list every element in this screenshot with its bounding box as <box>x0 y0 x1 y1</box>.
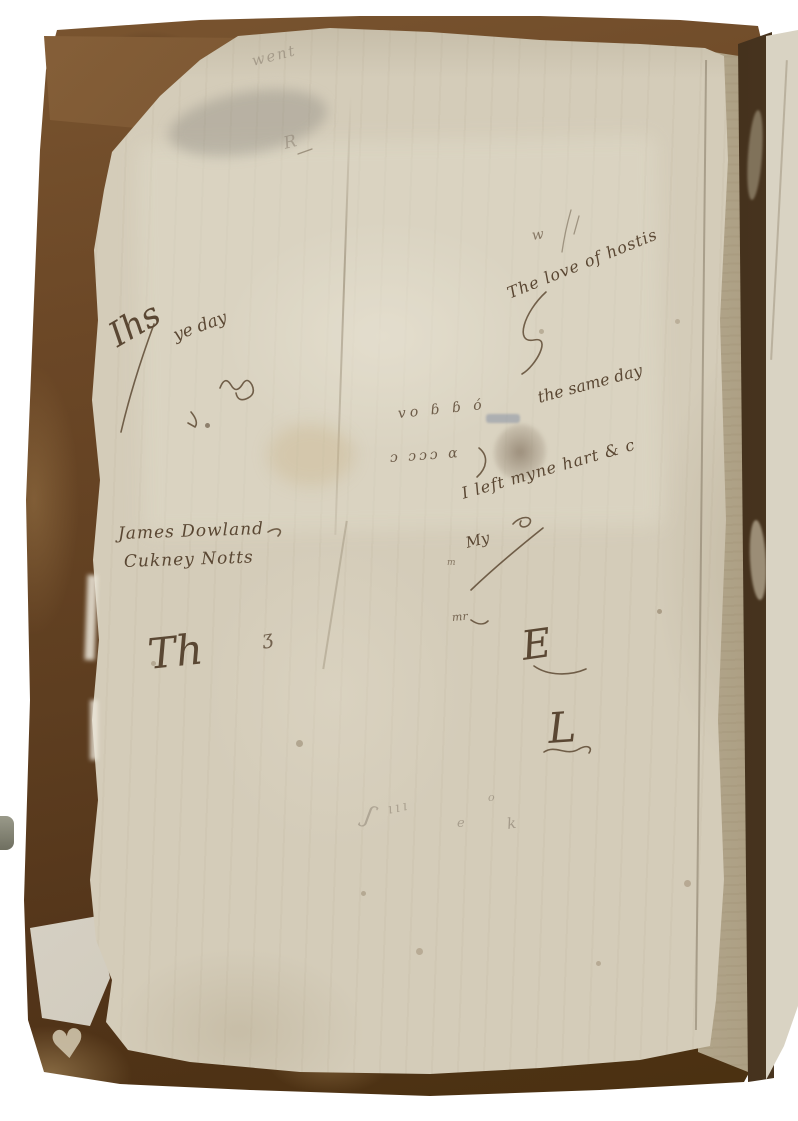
inscription-ornate-l: L <box>546 702 577 753</box>
love-initial-flourish <box>522 292 546 374</box>
name-tail-curl <box>268 529 280 536</box>
inscription-w-small: w <box>531 226 545 244</box>
ink-flourishes-svg <box>0 0 798 1121</box>
inscription-m-small: m <box>447 558 456 568</box>
slash-marks <box>562 210 579 252</box>
mr-tail <box>471 620 488 624</box>
inscription-mr-small: mr <box>451 610 468 624</box>
arrow-mark <box>188 412 196 427</box>
brace-scribble <box>477 448 486 477</box>
inscription-ornate-e: E <box>519 620 554 670</box>
inscription-bottom-e: e <box>457 816 465 831</box>
inscription-bottom-o: o <box>488 791 495 804</box>
knot-flourish <box>220 381 253 400</box>
inscription-th: Th <box>145 624 205 678</box>
r-flourish-tail <box>298 149 312 154</box>
my-curl <box>513 518 530 527</box>
